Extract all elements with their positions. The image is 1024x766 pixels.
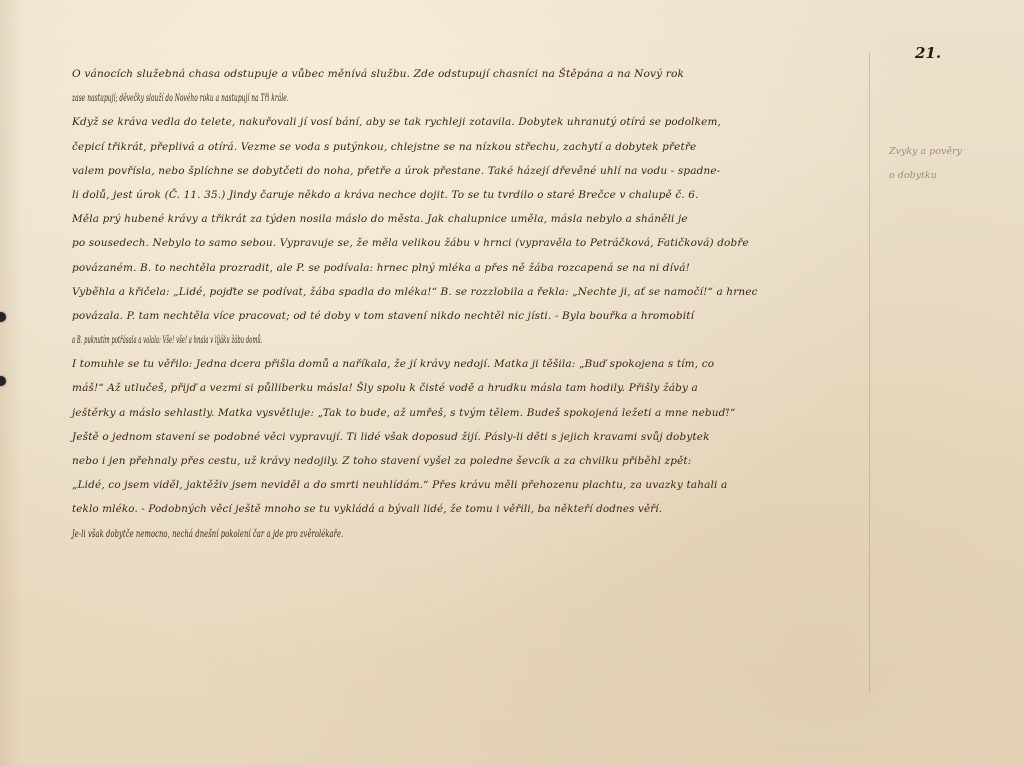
text-line: nebo i jen přehnaly přes cestu, už krávy… <box>72 449 862 473</box>
text-line: a B. puknutím potřásala a volala: Vše! v… <box>72 328 462 352</box>
manuscript-text-body: O vánocích služebná chasa odstupuje a vů… <box>72 62 872 546</box>
margin-note-line: o dobytku <box>889 164 984 188</box>
text-line: Je-li však dobytče nemocno, nechá dnešní… <box>72 522 582 546</box>
text-line: Ještě o jednom stavení se podobné věci v… <box>72 425 862 449</box>
text-line: po sousedech. Nebylo to samo sebou. Vypr… <box>72 231 862 255</box>
text-line: li dolů, jest úrok (Č. 11. 35.) Jindy ča… <box>72 183 862 207</box>
margin-note: Zvyky a pověry o dobytku <box>889 140 984 188</box>
text-line: I tomuhle se tu věřilo: Jedna dcera přiš… <box>72 352 862 376</box>
text-line: valem povřísla, nebo šplíchne se dobytče… <box>72 159 862 183</box>
text-line: Měla prý hubené krávy a třikrát za týden… <box>72 207 862 231</box>
text-line: „Lidé, co jsem viděl, jaktěživ jsem nevi… <box>72 473 862 497</box>
text-line: ještěrky a máslo sehlastly. Matka vysvět… <box>72 401 862 425</box>
text-line: máš!“ Až utlučeš, přijď a vezmi si půlli… <box>72 376 862 400</box>
text-line: O vánocích služebná chasa odstupuje a vů… <box>72 62 872 86</box>
text-line: teklo mléko. - Podobných věcí ještě mnoh… <box>72 497 852 521</box>
text-line: povázaném. B. to nechtěla prozradit, ale… <box>72 256 862 280</box>
margin-note-line: Zvyky a pověry <box>889 140 984 164</box>
text-line: Když se kráva vedla do telete, nakuřoval… <box>72 110 862 134</box>
page-number: 21. <box>915 44 941 62</box>
text-line: Vyběhla a křičela: „Lidé, pojďte se podí… <box>72 280 862 304</box>
text-line: povázala. P. tam nechtěla více pracovat;… <box>72 304 862 328</box>
text-line: čepicí třikrát, přeplivá a otírá. Vezme … <box>72 135 862 159</box>
text-line: zase nastupují; děvečky slouží do Nového… <box>72 86 512 110</box>
manuscript-page: 21. Zvyky a pověry o dobytku O vánocích … <box>0 0 1024 766</box>
